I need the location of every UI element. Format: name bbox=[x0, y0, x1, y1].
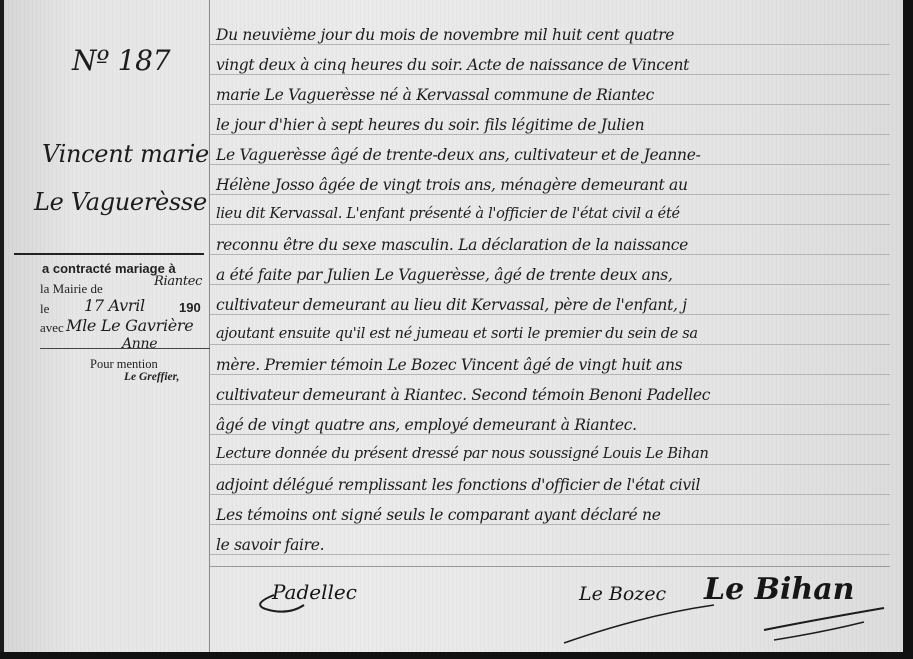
ruled-line bbox=[210, 224, 890, 225]
body-line-5: Le Vaguerèsse âgé de trente-deux ans, cu… bbox=[216, 146, 701, 164]
body-line-6: Hélène Josso âgée de vingt trois ans, mé… bbox=[216, 176, 688, 194]
body-line-11: ajoutant ensuite qu'il est né jumeau et … bbox=[216, 326, 698, 342]
body-line-3: marie Le Vaguerèsse né à Kervassal commu… bbox=[216, 86, 654, 104]
stamp-line-avec: avec bbox=[40, 320, 64, 336]
ruled-line bbox=[210, 344, 890, 345]
ruled-line bbox=[210, 74, 890, 75]
ruled-line bbox=[210, 104, 890, 105]
register-page: Nº 187 Vincent marie Le Vaguerèsse a con… bbox=[4, 0, 903, 652]
ruled-line bbox=[210, 374, 890, 375]
ruled-line bbox=[210, 494, 890, 495]
scan-border-bottom bbox=[0, 652, 913, 659]
ruled-line bbox=[210, 524, 890, 525]
body-line-4: le jour d'hier à sept heures du soir. fi… bbox=[216, 116, 644, 134]
ruled-line bbox=[210, 44, 890, 45]
body-line-12: mère. Premier témoin Le Bozec Vincent âg… bbox=[216, 356, 682, 374]
ruled-line bbox=[210, 464, 890, 465]
body-line-7: lieu dit Kervassal. L'enfant présenté à … bbox=[216, 206, 680, 222]
body-line-17: Les témoins ont signé seuls le comparant… bbox=[216, 506, 661, 524]
body-line-18: le savoir faire. bbox=[216, 536, 324, 554]
body-line-8: reconnu être du sexe masculin. La déclar… bbox=[216, 236, 688, 254]
stamp-bottom-rule bbox=[40, 348, 210, 349]
body-line-16: adjoint délégué remplissant les fonction… bbox=[216, 476, 700, 494]
ruled-line bbox=[210, 164, 890, 165]
stamp-top-rule bbox=[14, 253, 204, 255]
ruled-line bbox=[210, 434, 890, 435]
stamp-spouse-firstname: Anne bbox=[122, 336, 157, 352]
scan-border-right bbox=[903, 0, 913, 659]
body-line-15: Lecture donnée du présent dressé par nou… bbox=[216, 446, 709, 462]
stamp-date-handwritten: 17 Avril bbox=[84, 296, 145, 315]
child-name-line2: Le Vaguerèsse bbox=[34, 188, 207, 216]
body-line-14: âgé de vingt quatre ans, employé demeura… bbox=[216, 416, 637, 434]
stamp-year-printed: 190 bbox=[179, 300, 201, 315]
ruled-line bbox=[210, 254, 890, 255]
body-line-9: a été faite par Julien Le Vaguerèsse, âg… bbox=[216, 266, 673, 284]
stamp-pour-mention: Pour mention bbox=[90, 357, 158, 372]
body-line-1: Du neuvième jour du mois de novembre mil… bbox=[216, 26, 674, 44]
child-name-line1: Vincent marie bbox=[42, 140, 209, 168]
ruled-line bbox=[210, 314, 890, 315]
stamp-greffier: Le Greffier, bbox=[124, 371, 179, 383]
ruled-line bbox=[210, 404, 890, 405]
body-line-2: vingt deux à cinq heures du soir. Acte d… bbox=[216, 56, 689, 74]
record-number: Nº 187 bbox=[72, 44, 170, 77]
ruled-line bbox=[210, 554, 890, 555]
stamp-spouse-handwritten: Mle Le Gavrière bbox=[66, 316, 193, 335]
ruled-line bbox=[210, 194, 890, 195]
stamp-mairie-handwritten: Riantec bbox=[154, 274, 202, 289]
body-line-13: cultivateur demeurant à Riantec. Second … bbox=[216, 386, 710, 404]
body-line-10: cultivateur demeurant au lieu dit Kervas… bbox=[216, 296, 687, 314]
signature-flourishes bbox=[244, 560, 903, 650]
ruled-line bbox=[210, 284, 890, 285]
stamp-line-mairie: la Mairie de bbox=[40, 281, 103, 297]
stamp-line-le: le bbox=[40, 301, 49, 317]
ruled-line bbox=[210, 134, 890, 135]
